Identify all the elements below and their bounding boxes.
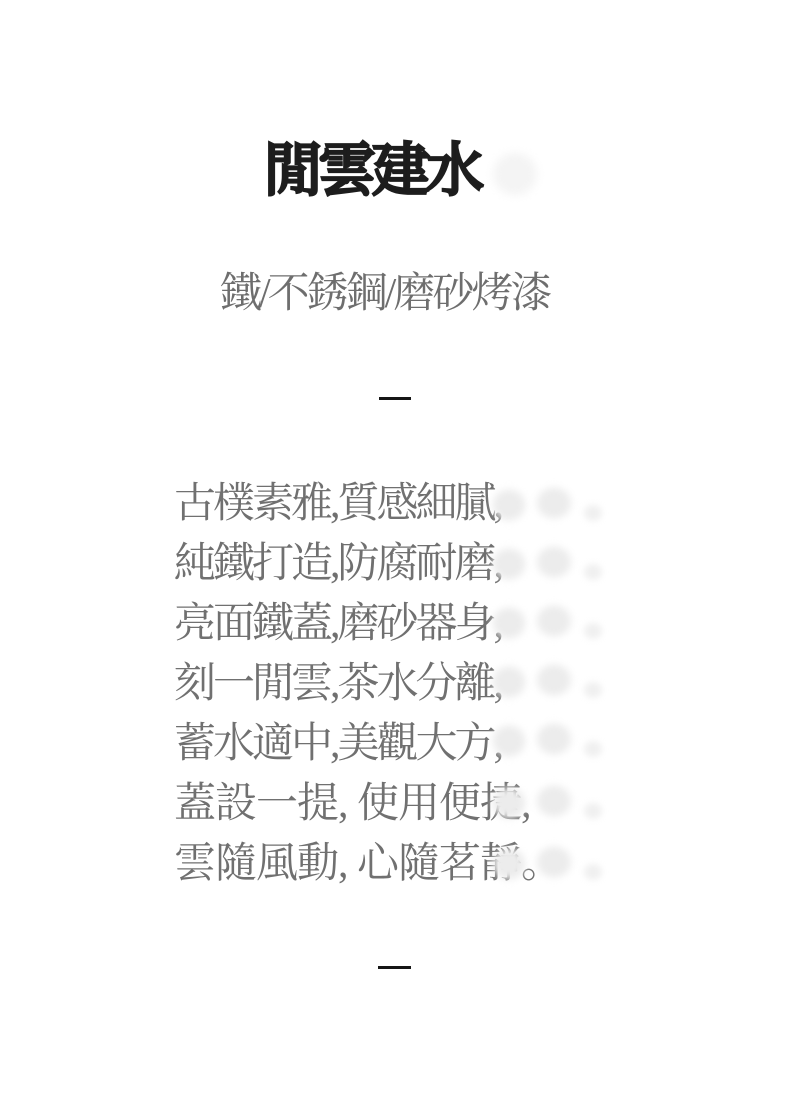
verse-line: 蓄水適中,美觀大方, — [174, 714, 562, 774]
page-title: 閒雲建水 — [264, 138, 480, 202]
material-subtitle: 鐵/不銹鋼/磨砂烤漆 — [220, 268, 549, 320]
divider-dash-bottom — [378, 966, 411, 969]
verse-line: 刻一閒雲,茶水分離, — [174, 654, 562, 714]
verse-line: 雲隨風動, 心隨茗靜。 — [174, 834, 562, 894]
divider-dash-top — [379, 397, 411, 400]
verse-line: 古樸素雅,質感細膩, — [174, 474, 562, 534]
erased-text-ghost — [486, 146, 544, 202]
verse-line: 純鐵打造,防腐耐磨, — [174, 534, 562, 594]
verse-text-block: 古樸素雅,質感細膩, 純鐵打造,防腐耐磨, 亮面鐵蓋,磨砂器身, 刻一閒雲,茶水… — [174, 474, 562, 894]
verse-line: 蓋設一提, 使用便捷, — [174, 774, 562, 834]
verse-line: 亮面鐵蓋,磨砂器身, — [174, 594, 562, 654]
product-description-page: 閒雲建水 鐵/不銹鋼/磨砂烤漆 古樸素雅,質感細膩, 純鐵打造,防腐耐磨, 亮面… — [0, 0, 790, 1118]
